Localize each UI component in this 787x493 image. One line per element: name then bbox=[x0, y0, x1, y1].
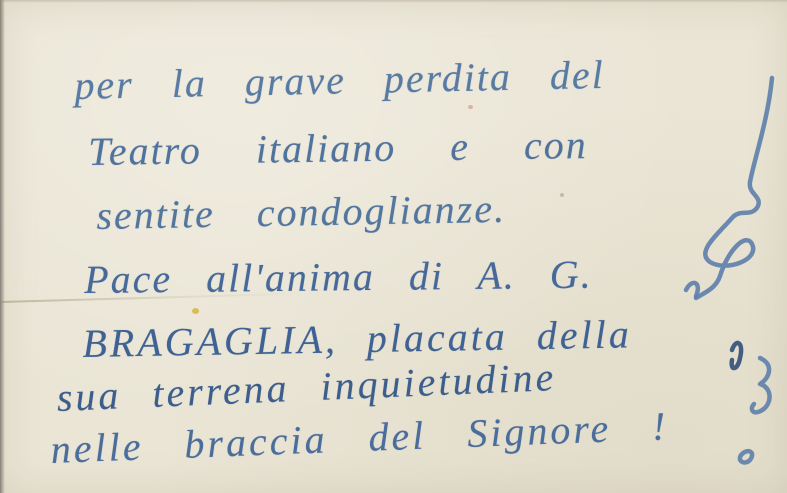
note-line-6: sua terrena inquietudine bbox=[56, 357, 557, 418]
handwritten-card: per la grave perdita del Teatro italiano… bbox=[0, 0, 787, 493]
signature-flourish bbox=[680, 58, 787, 482]
card-left-edge bbox=[0, 0, 5, 493]
paper-speck bbox=[468, 105, 473, 109]
note-line-3: sentite condoglianze. bbox=[96, 189, 506, 236]
note-line-1: per la grave perdita del bbox=[74, 55, 605, 106]
card-top-edge bbox=[0, 0, 787, 3]
note-line-2: Teatro italiano e con bbox=[88, 125, 588, 172]
paper-speck bbox=[192, 308, 199, 314]
paper-speck bbox=[560, 193, 564, 197]
note-line-4: Pace all'anima di A. G. bbox=[84, 255, 593, 300]
